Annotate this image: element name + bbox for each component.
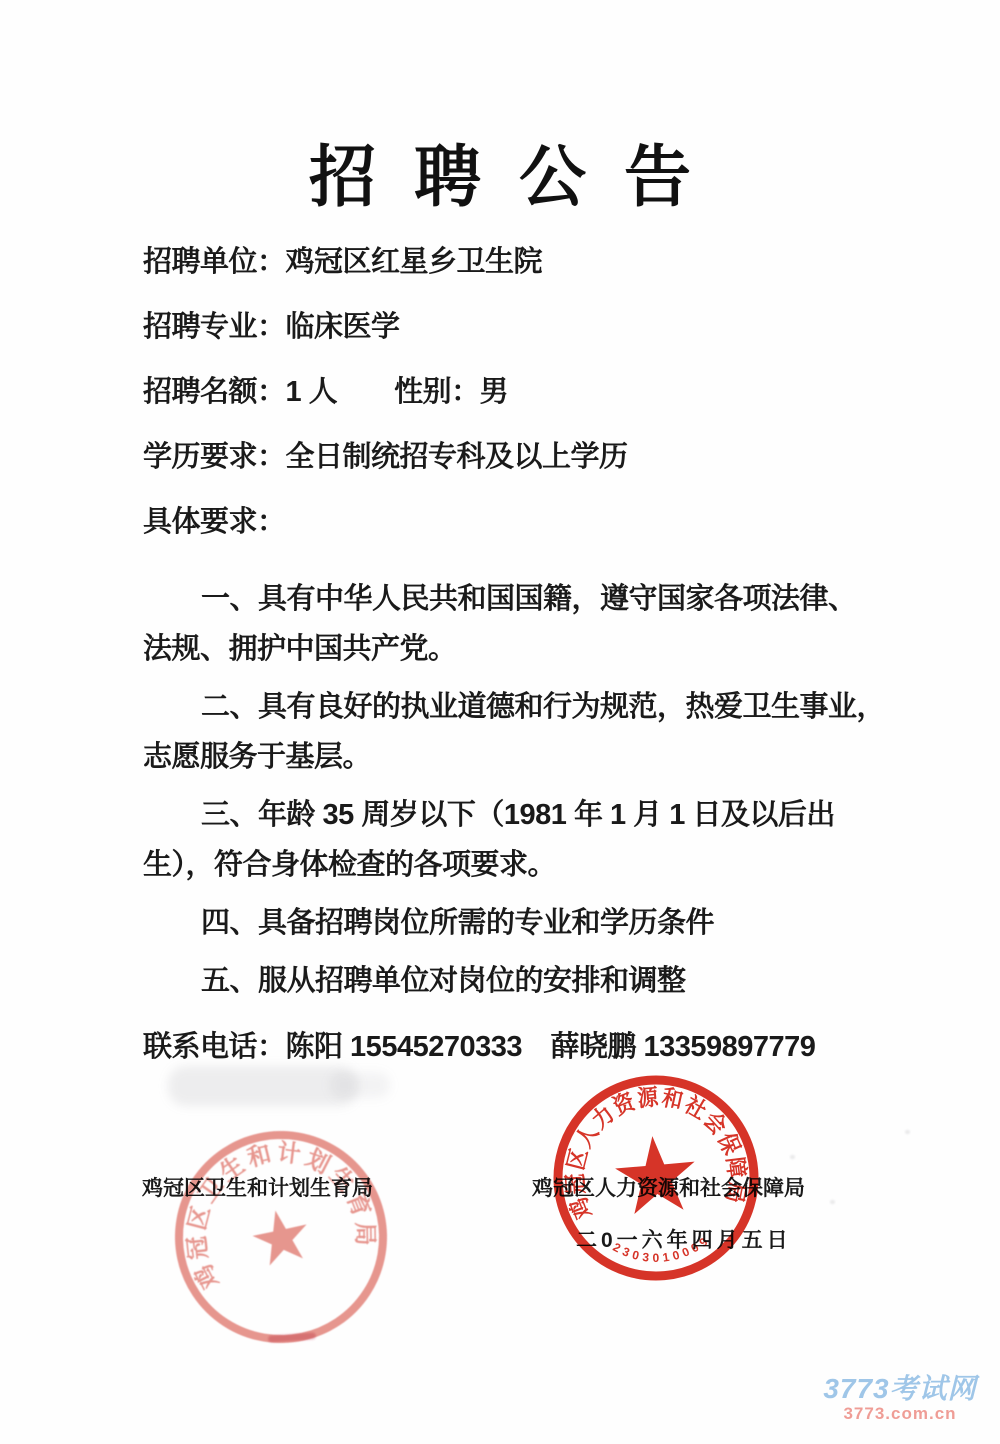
field-major: 招聘专业：临床医学 xyxy=(143,312,883,342)
star-icon xyxy=(248,1205,313,1268)
requirement-item-5: 五、服从招聘单位对岗位的安排和调整 xyxy=(143,956,883,1006)
star-icon xyxy=(613,1133,699,1216)
requirement-line: 五、服从招聘单位对岗位的安排和调整 xyxy=(143,956,883,1006)
hr-bureau-seal: 鸡冠区人力资源和社会保障局 2303010009 xyxy=(541,1063,771,1293)
requirement-line: 志愿服务于基层。 xyxy=(143,732,883,782)
requirement-item-1: 一、具有中华人民共和国国籍，遵守国家各项法律、 法规、拥护中国共产党。 xyxy=(143,574,883,674)
seal-arc-text: 鸡冠区卫生和计划生育局 xyxy=(165,1121,386,1295)
announcement-body: 招聘单位：鸡冠区红星乡卫生院 招聘专业：临床医学 招聘名额：1 人 性别：男 学… xyxy=(143,247,883,1072)
scan-speck xyxy=(790,1155,795,1159)
field-recruiting-unit: 招聘单位：鸡冠区红星乡卫生院 xyxy=(143,247,883,277)
requirement-line: 三、年龄 35 周岁以下（1981 年 1 月 1 日及以后出 xyxy=(143,790,883,840)
contact-phone-line: 联系电话：陈阳 15545270333 薛晓鹏 13359897779 xyxy=(143,1022,883,1072)
scan-speck xyxy=(905,1130,910,1134)
requirements-heading: 具体要求： xyxy=(143,507,883,537)
watermark-site-url: 3773.com.cn xyxy=(810,1404,990,1424)
requirement-line: 生），符合身体检查的各项要求。 xyxy=(143,840,883,890)
requirement-line: 一、具有中华人民共和国国籍，遵守国家各项法律、 xyxy=(143,574,883,624)
scanned-announcement-page: 招聘公告 招聘单位：鸡冠区红星乡卫生院 招聘专业：临床医学 招聘名额：1 人 性… xyxy=(0,0,1000,1444)
requirement-line: 四、具备招聘岗位所需的专业和学历条件 xyxy=(143,898,883,948)
requirement-item-4: 四、具备招聘岗位所需的专业和学历条件 xyxy=(143,898,883,948)
watermark-site-name: 3773考试网 xyxy=(810,1374,990,1404)
ink-bleed-artifact xyxy=(330,1072,390,1098)
announcement-title: 招聘公告 xyxy=(0,124,1000,220)
requirement-item-2: 二、具有良好的执业道德和行为规范，热爱卫生事业， 志愿服务于基层。 xyxy=(143,682,883,782)
requirement-line: 二、具有良好的执业道德和行为规范，热爱卫生事业， xyxy=(143,682,883,732)
field-education: 学历要求：全日制统招专科及以上学历 xyxy=(143,442,883,472)
field-quota-gender: 招聘名额：1 人 性别：男 xyxy=(143,377,883,407)
svg-text:鸡冠区卫生和计划生育局: 鸡冠区卫生和计划生育局 xyxy=(165,1121,386,1295)
requirement-line: 法规、拥护中国共产党。 xyxy=(143,624,883,674)
watermark: 3773考试网 3773.com.cn xyxy=(810,1374,990,1424)
health-bureau-seal: 鸡冠区卫生和计划生育局 xyxy=(147,1103,415,1371)
scan-speck xyxy=(830,1200,835,1204)
requirement-item-3: 三、年龄 35 周岁以下（1981 年 1 月 1 日及以后出 生），符合身体检… xyxy=(143,790,883,890)
